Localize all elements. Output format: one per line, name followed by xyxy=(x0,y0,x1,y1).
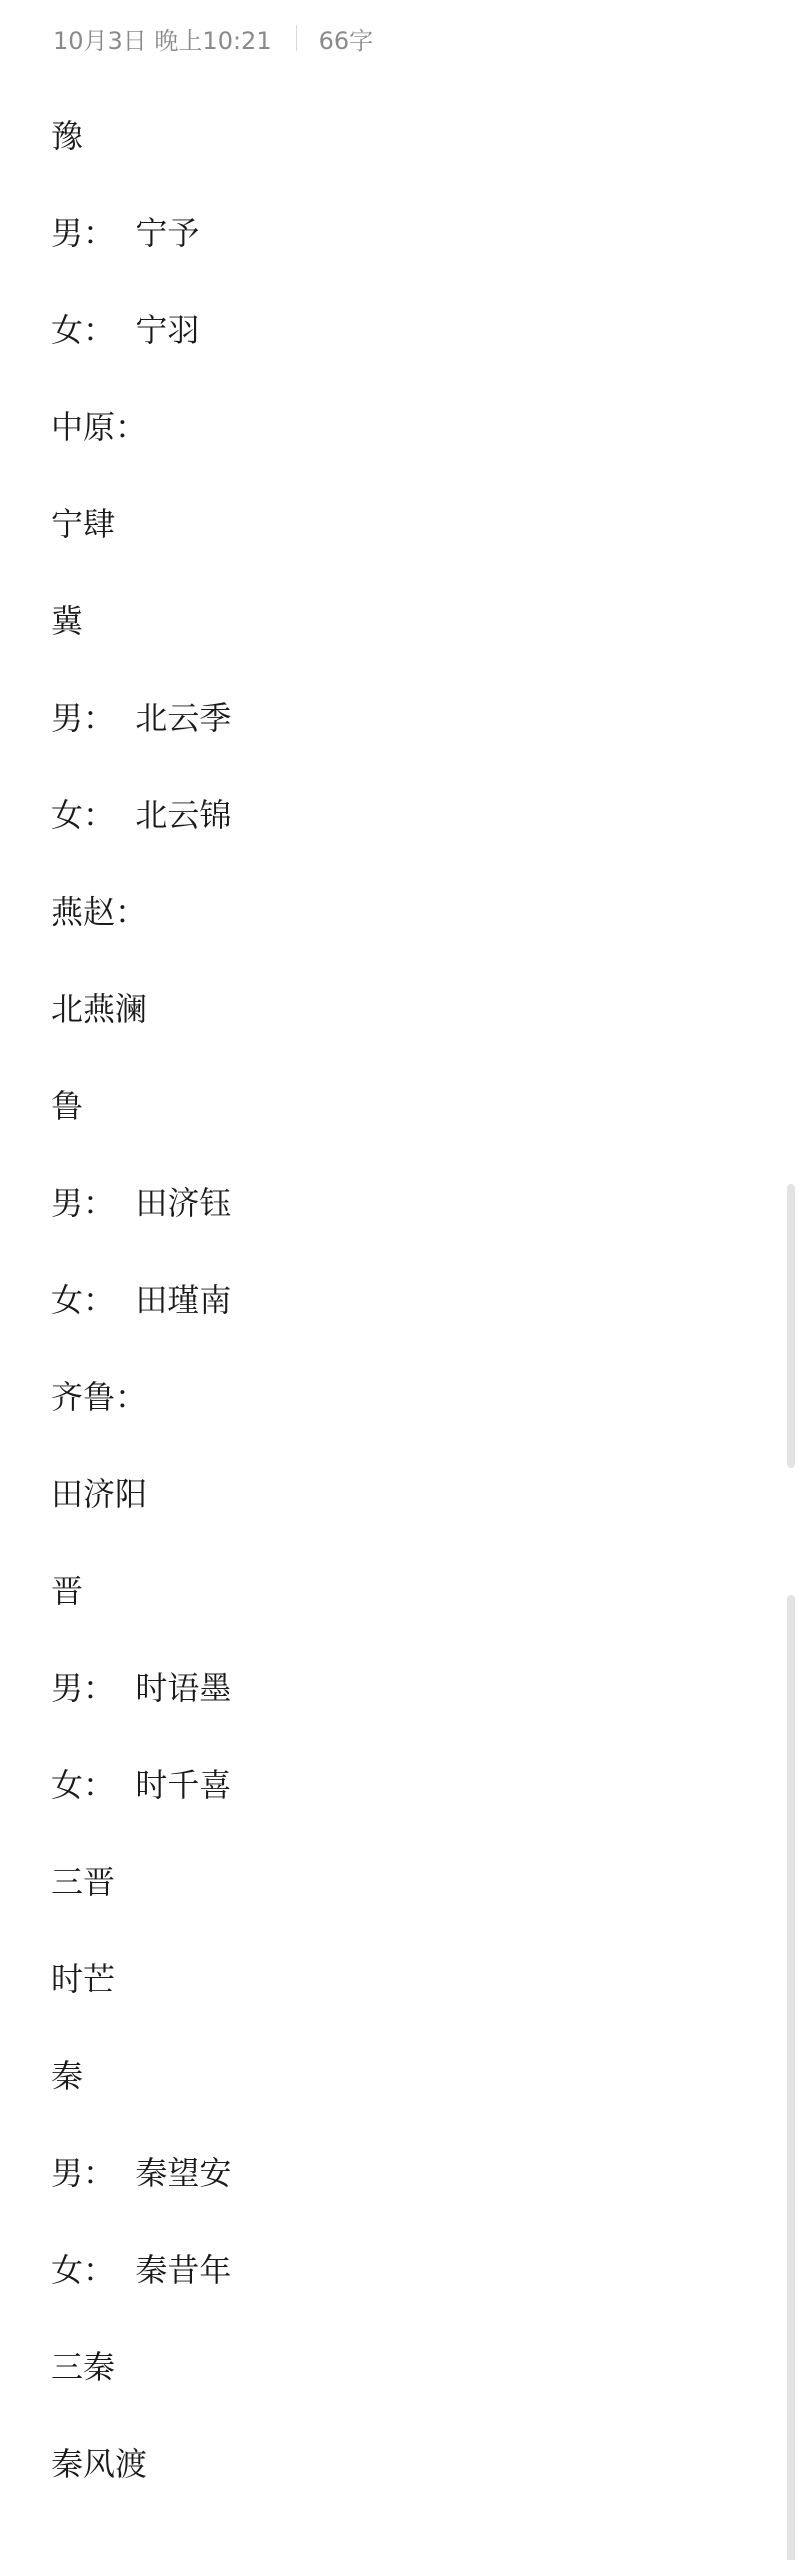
note-line[interactable]: 三晋 xyxy=(51,1858,751,1955)
note-line[interactable]: 男： 宁予 xyxy=(51,209,751,306)
note-line[interactable]: 女： 北云锦 xyxy=(51,791,751,888)
note-line[interactable]: 宁肆 xyxy=(51,500,751,597)
note-line[interactable]: 男： 田济钰 xyxy=(51,1179,751,1276)
scrollbar-thumb-upper[interactable] xyxy=(787,1184,795,1468)
note-line[interactable]: 冀 xyxy=(51,597,751,694)
note-line[interactable]: 男： 秦望安 xyxy=(51,2149,751,2246)
note-line[interactable]: 北燕澜 xyxy=(51,985,751,1082)
note-line[interactable]: 男： 时语墨 xyxy=(51,1664,751,1761)
note-datetime: 10月3日 晚上10:21 xyxy=(53,21,272,56)
note-line[interactable]: 女： 宁羽 xyxy=(51,306,751,403)
note-line[interactable]: 时芒 xyxy=(51,1955,751,2052)
note-line[interactable]: 中原： xyxy=(51,403,751,500)
note-line[interactable]: 秦风渡 xyxy=(51,2440,751,2537)
note-line[interactable]: 女： 时千喜 xyxy=(51,1761,751,1858)
note-line[interactable]: 女： 秦昔年 xyxy=(51,2246,751,2343)
note-content[interactable]: 豫 男： 宁予 女： 宁羽 中原： 宁肆 冀 男： 北云季 女： 北云锦 燕赵：… xyxy=(51,112,751,2537)
word-count: 66字 xyxy=(319,21,374,56)
note-line[interactable]: 燕赵： xyxy=(51,888,751,985)
note-line[interactable]: 女： 田瑾南 xyxy=(51,1276,751,1373)
note-line[interactable]: 齐鲁： xyxy=(51,1373,751,1470)
note-line[interactable]: 男： 北云季 xyxy=(51,694,751,791)
note-line[interactable]: 鲁 xyxy=(51,1082,751,1179)
scrollbar-thumb-lower[interactable] xyxy=(787,1595,795,2560)
note-line[interactable]: 三秦 xyxy=(51,2343,751,2440)
note-meta-bar: 10月3日 晚上10:21 66字 xyxy=(53,18,373,58)
note-line[interactable]: 田济阳 xyxy=(51,1470,751,1567)
note-line[interactable]: 秦 xyxy=(51,2052,751,2149)
note-line[interactable]: 晋 xyxy=(51,1567,751,1664)
note-line[interactable]: 豫 xyxy=(51,112,751,209)
meta-divider xyxy=(296,25,297,51)
